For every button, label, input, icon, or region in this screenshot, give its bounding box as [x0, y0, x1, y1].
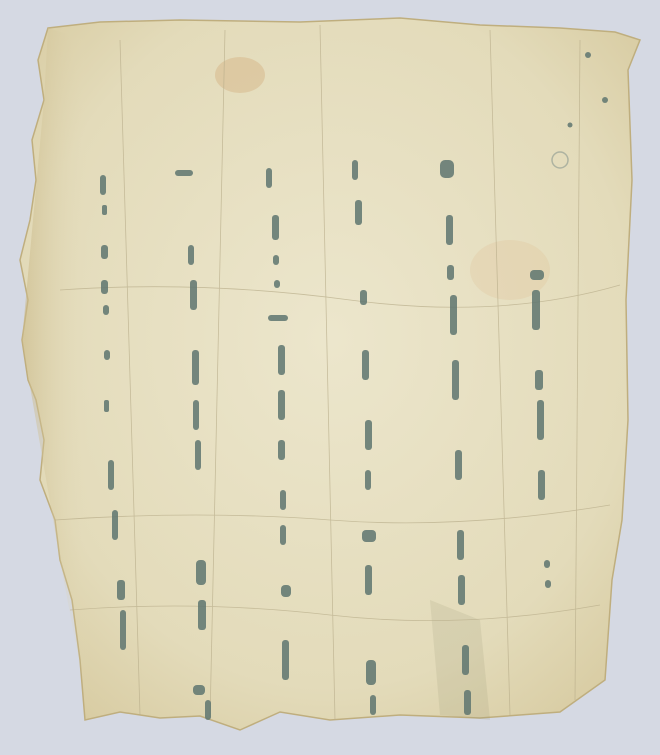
manuscript-fragment — [0, 0, 660, 755]
paper-body — [20, 18, 640, 730]
manuscript-photo — [0, 0, 660, 755]
